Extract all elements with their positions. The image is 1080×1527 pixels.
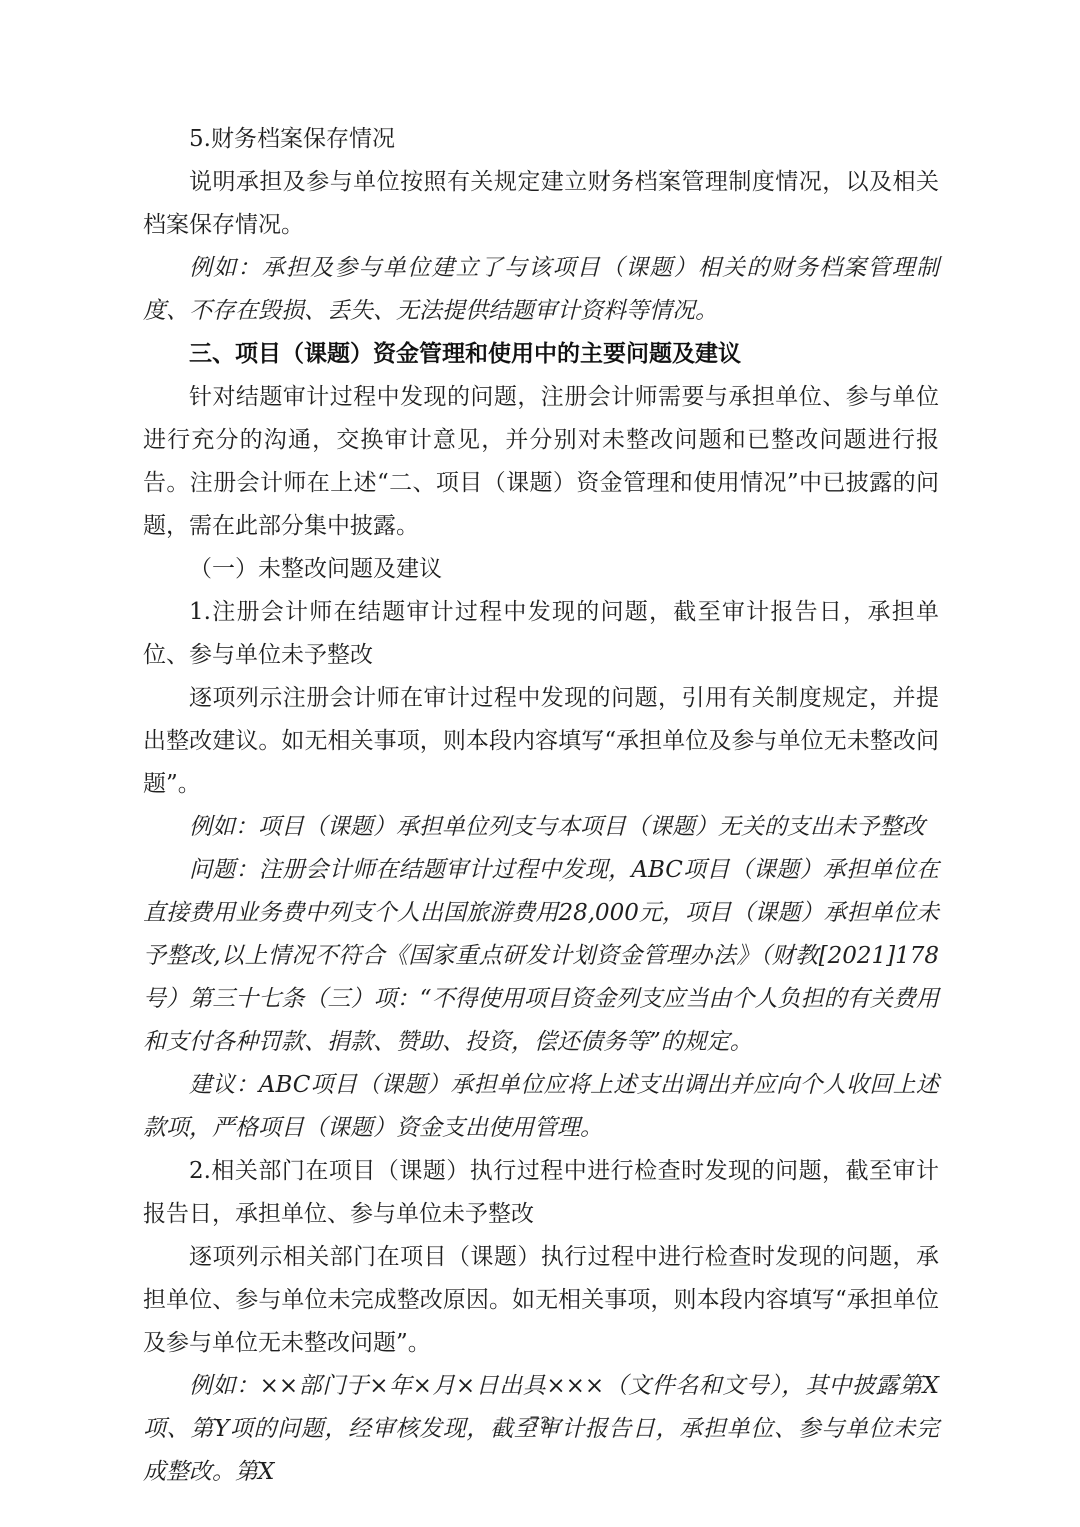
- section-heading: 三、项目（课题）资金管理和使用中的主要问题及建议: [143, 333, 939, 376]
- paragraph: 例如：承担及参与单位建立了与该项目（课题）相关的财务档案管理制度、不存在毁损、丢…: [143, 247, 939, 333]
- paragraph: 问题：注册会计师在结题审计过程中发现，ABC项目（课题）承担单位在直接费用业务费…: [143, 849, 939, 1064]
- page-number: 73: [0, 1412, 1080, 1436]
- paragraph: （一）未整改问题及建议: [143, 548, 939, 591]
- paragraph: 逐项列示注册会计师在审计过程中发现的问题，引用有关制度规定，并提出整改建议。如无…: [143, 677, 939, 806]
- paragraph: 说明承担及参与单位按照有关规定建立财务档案管理制度情况，以及相关档案保存情况。: [143, 161, 939, 247]
- text-block: 5.财务档案保存情况说明承担及参与单位按照有关规定建立财务档案管理制度情况，以及…: [143, 118, 939, 1494]
- paragraph: 1.注册会计师在结题审计过程中发现的问题，截至审计报告日，承担单位、参与单位未予…: [143, 591, 939, 677]
- paragraph: 针对结题审计过程中发现的问题，注册会计师需要与承担单位、参与单位进行充分的沟通，…: [143, 376, 939, 548]
- paragraph: 逐项列示相关部门在项目（课题）执行过程中进行检查时发现的问题，承担单位、参与单位…: [143, 1236, 939, 1365]
- paragraph: 例如：项目（课题）承担单位列支与本项目（课题）无关的支出未予整改: [143, 806, 939, 849]
- document-page: 5.财务档案保存情况说明承担及参与单位按照有关规定建立财务档案管理制度情况，以及…: [0, 0, 1080, 1527]
- paragraph: 5.财务档案保存情况: [143, 118, 939, 161]
- paragraph: 2.相关部门在项目（课题）执行过程中进行检查时发现的问题，截至审计报告日，承担单…: [143, 1150, 939, 1236]
- paragraph: 建议：ABC项目（课题）承担单位应将上述支出调出并应向个人收回上述款项，严格项目…: [143, 1064, 939, 1150]
